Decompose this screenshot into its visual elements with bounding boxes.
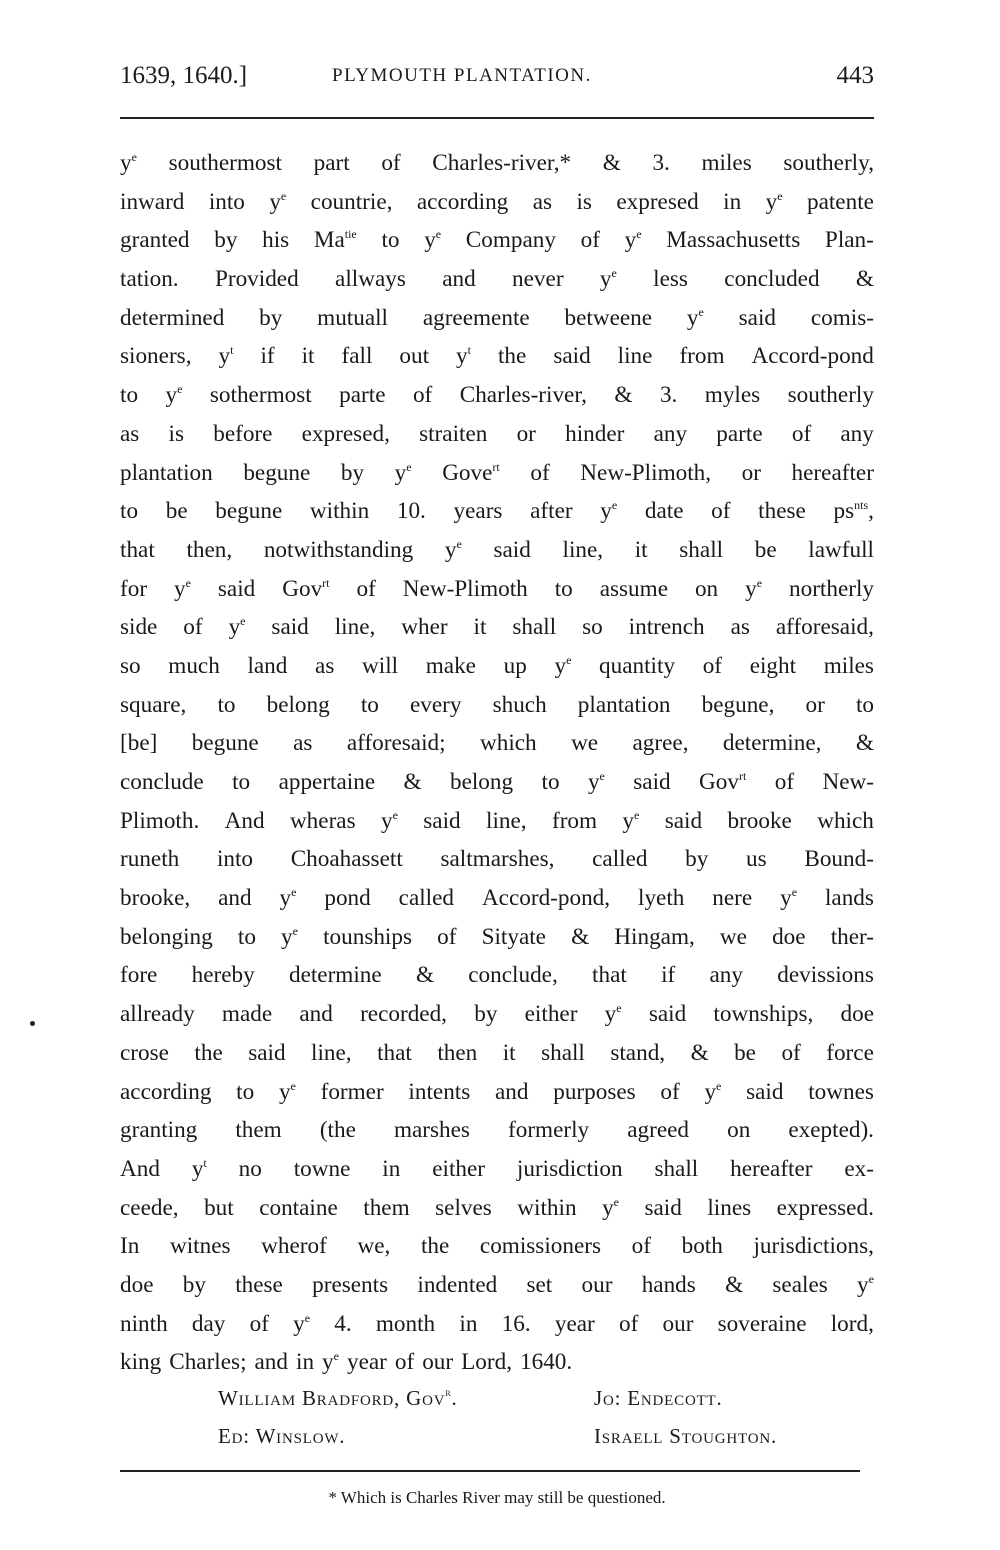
signature-endecott: Jo: Endecott. xyxy=(594,1386,723,1411)
text-line: plantationbegunebyyeGovertofNew-Plimoth,… xyxy=(120,454,874,493)
text-line: ninthdayofye4.monthin16.yearofoursoverai… xyxy=(120,1305,874,1344)
text-line: grantingthem(themarshesformerlyagreedone… xyxy=(120,1111,874,1150)
text-line: somuchlandaswillmakeupyequantityofeightm… xyxy=(120,647,874,686)
text-line: inwardintoyecountrie,accordingasisexpres… xyxy=(120,183,874,222)
text-line: accordingtoyeformerintentsandpurposesofy… xyxy=(120,1073,874,1112)
running-head-years: 1639, 1640.] xyxy=(120,62,247,90)
text-line: brooke,andyepondcalledAccord-pond,lyethn… xyxy=(120,879,874,918)
text-line: toyesothermostparteofCharles-river,&3.my… xyxy=(120,376,874,415)
page-number: 443 xyxy=(837,62,875,90)
text-line: yesouthermostpartofCharles-river,*&3.mil… xyxy=(120,144,874,183)
text-line: tobebegunewithin10.yearsafteryedateofthe… xyxy=(120,492,874,531)
text-line: foreherebydetermine&conclude,thatifanyde… xyxy=(120,956,874,995)
stray-ink-mark xyxy=(30,1021,35,1026)
text-line: [be]beguneasafforesaid;whichweagree,dete… xyxy=(120,724,874,763)
text-line: thatthen,notwithstandingyesaidline,itsha… xyxy=(120,531,874,570)
footnote-rule xyxy=(120,1470,860,1472)
text-line: Plimoth.Andwherasyesaidline,fromyesaidbr… xyxy=(120,802,874,841)
text-line: square,tobelongtoeveryshuchplantationbeg… xyxy=(120,686,874,725)
text-line: Andytnotowneineitherjurisdictionshallher… xyxy=(120,1150,874,1189)
footnote: * Which is Charles River may still be qu… xyxy=(120,1488,874,1508)
text-line: tation.Providedallwaysandneveryelessconc… xyxy=(120,260,874,299)
signature-bradford: William Bradford, Govr. xyxy=(218,1386,458,1411)
text-line: runethintoChoahassettsaltmarshes,calledb… xyxy=(120,840,874,879)
signature-winslow: Ed: Winslow. xyxy=(218,1424,345,1449)
text-line: sideofyesaidline,wheritshallsointrenchas… xyxy=(120,608,874,647)
text-line: kingCharles;andinyeyearofourLord,1640. xyxy=(120,1343,874,1382)
text-line: determinedbymutuallagreementebetweeneyes… xyxy=(120,299,874,338)
text-line: grantedbyhisMatietoyeCompanyofyeMassachu… xyxy=(120,221,874,260)
text-line: concludetoappertaine&belongtoyesaidGovrt… xyxy=(120,763,874,802)
text-line: allreadymadeandrecorded,byeitheryesaidto… xyxy=(120,995,874,1034)
text-line: ceede,butcontainethemselveswithinyesaidl… xyxy=(120,1189,874,1228)
running-head-title: PLYMOUTH PLANTATION. xyxy=(332,65,592,87)
text-line: Inwitneswherofwe,thecomissionersofbothju… xyxy=(120,1227,874,1266)
text-line: foryesaidGovrtofNew-Plimothtoassumeonyen… xyxy=(120,570,874,609)
text-line: crosethesaidline,thatthenitshallstand,&b… xyxy=(120,1034,874,1073)
text-line: asisbeforeexpresed,straitenorhinderanypa… xyxy=(120,415,874,454)
text-line: belongingtoyetounshipsofSityate&Hingam,w… xyxy=(120,918,874,957)
header-rule xyxy=(120,117,874,119)
running-head: 1639, 1640.] PLYMOUTH PLANTATION. 443 xyxy=(120,62,874,102)
text-line: doebythesepresentsindentedsetourhands&se… xyxy=(120,1266,874,1305)
signature-stoughton: Israell Stoughton. xyxy=(594,1424,777,1449)
text-line: sioners,ytifitfalloutytthesaidlinefromAc… xyxy=(120,337,874,376)
body-text: yesouthermostpartofCharles-river,*&3.mil… xyxy=(120,144,874,1382)
